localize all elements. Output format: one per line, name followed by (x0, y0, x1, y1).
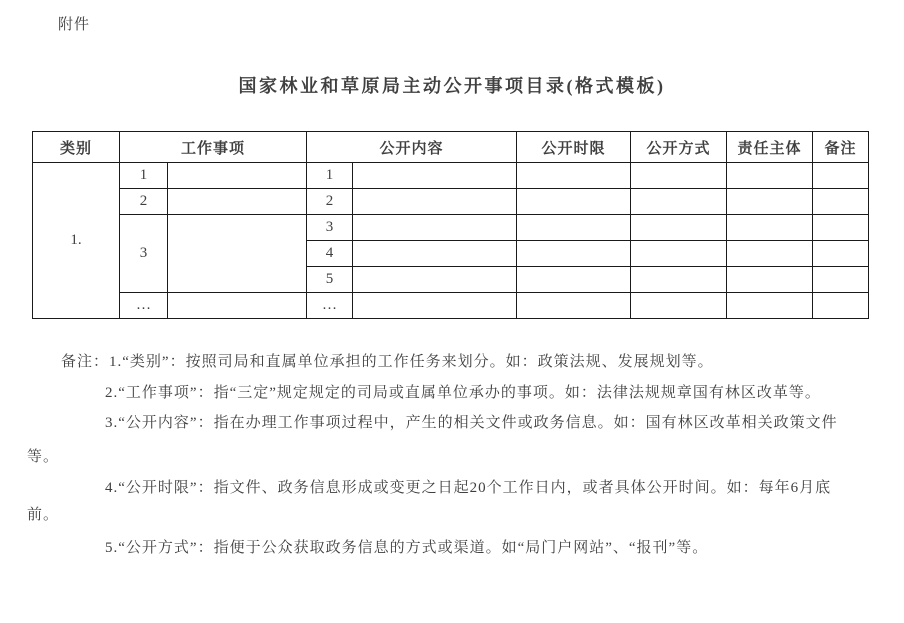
header-method: 公开方式 (631, 132, 727, 163)
responsible-cell (727, 163, 813, 189)
remark-cell (813, 189, 869, 215)
method-cell (631, 163, 727, 189)
header-time-limit: 公开时限 (517, 132, 631, 163)
content-no-cell: 2 (307, 189, 353, 215)
remark-cell (813, 215, 869, 241)
note-line: 2.“工作事项”：指“三定”规定规定的司局或直属单位承办的事项。如：法律法规规章… (105, 381, 821, 402)
remark-cell (813, 293, 869, 319)
work-item-no-cell: 3 (120, 215, 168, 293)
attachment-label: 附件 (58, 13, 90, 34)
time-limit-cell (517, 241, 631, 267)
table-row: 1. 1 1 (33, 163, 869, 189)
content-no-cell: … (307, 293, 353, 319)
note-line: 5.“公开方式”：指便于公众获取政务信息的方式或渠道。如“局门户网站”、“报刊”… (105, 536, 708, 557)
work-item-content-cell (168, 189, 307, 215)
header-responsible: 责任主体 (727, 132, 813, 163)
note-line: 3.“公开内容”：指在办理工作事项过程中，产生的相关文件或政务信息。如：国有林区… (105, 411, 838, 432)
header-remark: 备注 (813, 132, 869, 163)
note-line: 等。 (27, 445, 59, 466)
note-line: 备注：1.“类别”：按照司局和直属单位承担的工作任务来划分。如：政策法规、发展规… (61, 350, 714, 371)
content-no-cell: 4 (307, 241, 353, 267)
table-row: 2 2 (33, 189, 869, 215)
content-no-cell: 5 (307, 267, 353, 293)
header-content: 公开内容 (307, 132, 517, 163)
note-line: 前。 (27, 503, 59, 524)
content-cell (353, 267, 517, 293)
table-row: 3 3 (33, 215, 869, 241)
time-limit-cell (517, 267, 631, 293)
method-cell (631, 189, 727, 215)
content-cell (353, 241, 517, 267)
category-cell: 1. (33, 163, 120, 319)
time-limit-cell (517, 293, 631, 319)
time-limit-cell (517, 189, 631, 215)
content-cell (353, 293, 517, 319)
time-limit-cell (517, 215, 631, 241)
time-limit-cell (517, 163, 631, 189)
method-cell (631, 215, 727, 241)
work-item-no-cell: … (120, 293, 168, 319)
responsible-cell (727, 189, 813, 215)
work-item-content-cell (168, 293, 307, 319)
note-line: 4.“公开时限”：指文件、政务信息形成或变更之日起20个工作日内，或者具体公开时… (105, 476, 831, 497)
method-cell (631, 267, 727, 293)
responsible-cell (727, 215, 813, 241)
disclosure-table: 类别 工作事项 公开内容 公开时限 公开方式 责任主体 备注 1. 1 1 2 … (32, 131, 869, 319)
remark-cell (813, 267, 869, 293)
work-item-content-cell (168, 215, 307, 293)
header-category: 类别 (33, 132, 120, 163)
responsible-cell (727, 267, 813, 293)
responsible-cell (727, 241, 813, 267)
method-cell (631, 241, 727, 267)
content-no-cell: 3 (307, 215, 353, 241)
header-work-item: 工作事项 (120, 132, 307, 163)
content-cell (353, 163, 517, 189)
content-cell (353, 215, 517, 241)
page-title: 国家林业和草原局主动公开事项目录(格式模板) (0, 72, 904, 98)
content-cell (353, 189, 517, 215)
remark-cell (813, 163, 869, 189)
method-cell (631, 293, 727, 319)
work-item-no-cell: 2 (120, 189, 168, 215)
content-no-cell: 1 (307, 163, 353, 189)
table-header-row: 类别 工作事项 公开内容 公开时限 公开方式 责任主体 备注 (33, 132, 869, 163)
table-row: … … (33, 293, 869, 319)
work-item-no-cell: 1 (120, 163, 168, 189)
remark-cell (813, 241, 869, 267)
responsible-cell (727, 293, 813, 319)
work-item-content-cell (168, 163, 307, 189)
